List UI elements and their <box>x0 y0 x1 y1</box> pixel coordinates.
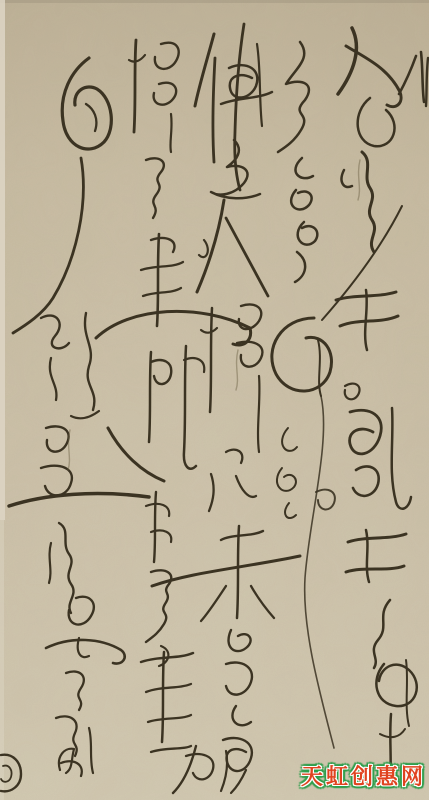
calligraphy-artwork <box>0 0 429 800</box>
watermark: 天虹创惠网 <box>301 760 426 791</box>
paper-top-edge <box>0 0 429 3</box>
calligraphy-photo: 天虹创惠网 <box>0 0 429 800</box>
paper-left-margin <box>0 0 5 520</box>
